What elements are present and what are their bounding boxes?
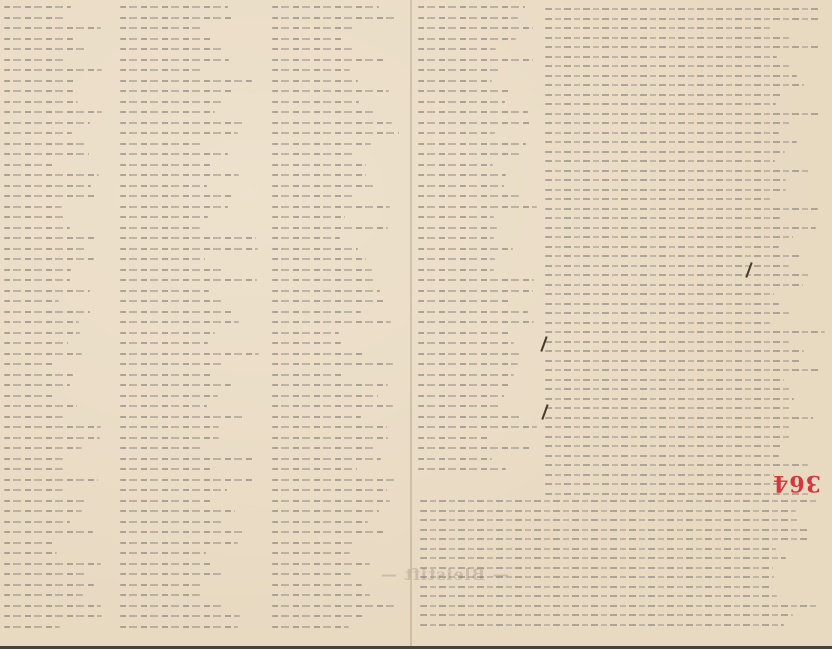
manuscript-sheet: — Bleistift — 364 <box>0 0 832 649</box>
handwriting-line <box>272 258 366 260</box>
handwriting-line <box>4 48 87 50</box>
handwriting-line <box>420 500 818 502</box>
handwriting-line <box>418 227 497 229</box>
right-page-main-text <box>545 8 825 502</box>
handwriting-line <box>418 237 494 239</box>
handwriting-line <box>4 27 101 29</box>
handwriting-line <box>545 464 808 466</box>
handwriting-line <box>4 38 73 40</box>
handwriting-line <box>272 479 395 481</box>
handwriting-line <box>272 80 358 82</box>
handwriting-line <box>420 586 772 588</box>
handwriting-line <box>120 342 208 344</box>
handwriting-line <box>120 479 253 481</box>
handwriting-line <box>545 141 797 143</box>
handwriting-line <box>418 447 532 449</box>
handwriting-line <box>545 94 782 96</box>
handwriting-line <box>4 395 55 397</box>
left-margin-column <box>4 6 104 636</box>
handwriting-line <box>120 531 245 533</box>
handwriting-line <box>272 300 385 302</box>
handwriting-line <box>272 311 361 313</box>
handwriting-line <box>4 59 67 61</box>
handwriting-line <box>120 143 202 145</box>
handwriting-line <box>120 573 225 575</box>
handwriting-line <box>272 38 344 40</box>
handwriting-line <box>272 6 379 8</box>
handwriting-line <box>272 573 351 575</box>
handwriting-line <box>272 216 345 218</box>
handwriting-line <box>272 206 390 208</box>
handwriting-line <box>545 341 789 343</box>
handwriting-line <box>120 374 212 376</box>
handwriting-line <box>4 206 62 208</box>
handwriting-line <box>418 321 534 323</box>
handwriting-line <box>4 248 85 250</box>
handwriting-line <box>545 8 819 10</box>
handwriting-line <box>120 195 232 197</box>
handwriting-line <box>545 18 821 20</box>
handwriting-line <box>545 293 774 295</box>
handwriting-line <box>4 521 70 523</box>
handwriting-line <box>120 111 215 113</box>
handwriting-line <box>545 255 800 257</box>
handwriting-line <box>272 195 354 197</box>
handwriting-line <box>120 605 223 607</box>
handwriting-line <box>120 6 228 8</box>
handwriting-line <box>4 405 77 407</box>
handwriting-line <box>4 132 72 134</box>
handwriting-line <box>545 312 791 314</box>
handwriting-line <box>120 59 229 61</box>
handwriting-line <box>545 208 818 210</box>
handwriting-line <box>545 46 820 48</box>
handwriting-line <box>120 80 252 82</box>
handwriting-line <box>120 300 223 302</box>
handwriting-line <box>4 563 101 565</box>
handwriting-line <box>272 437 388 439</box>
handwriting-line <box>420 557 786 559</box>
handwriting-line <box>120 458 255 460</box>
handwriting-line <box>120 164 212 166</box>
handwriting-line <box>4 69 102 71</box>
handwriting-line <box>272 143 371 145</box>
handwriting-line <box>4 216 66 218</box>
handwriting-line <box>120 101 223 103</box>
handwriting-line <box>420 605 818 607</box>
handwriting-line <box>545 493 809 495</box>
handwriting-line <box>420 548 776 550</box>
handwriting-line <box>4 458 63 460</box>
handwriting-line <box>545 417 813 419</box>
handwriting-line <box>272 374 342 376</box>
handwriting-line <box>4 594 83 596</box>
handwriting-line <box>418 216 494 218</box>
handwriting-line <box>4 174 99 176</box>
handwriting-line <box>272 59 386 61</box>
handwriting-line <box>120 489 227 491</box>
handwriting-line <box>4 101 78 103</box>
handwriting-line <box>272 542 355 544</box>
handwriting-line <box>120 437 219 439</box>
handwriting-line <box>4 311 90 313</box>
handwriting-line <box>120 48 225 50</box>
handwriting-line <box>418 111 528 113</box>
handwriting-line <box>120 269 225 271</box>
handwriting-line <box>545 455 779 457</box>
handwriting-line <box>418 122 532 124</box>
handwriting-line <box>272 405 393 407</box>
handwriting-line <box>418 353 520 355</box>
handwriting-line <box>4 363 55 365</box>
handwriting-line <box>4 479 98 481</box>
handwriting-line <box>272 605 394 607</box>
handwriting-line <box>120 27 204 29</box>
handwriting-line <box>545 103 776 105</box>
handwriting-line <box>420 614 793 616</box>
handwriting-line <box>418 164 493 166</box>
handwriting-line <box>545 322 771 324</box>
handwriting-line <box>4 531 93 533</box>
handwriting-line <box>120 258 205 260</box>
handwriting-line <box>4 542 55 544</box>
handwriting-line <box>4 80 76 82</box>
handwriting-line <box>418 153 523 155</box>
handwriting-line <box>120 584 203 586</box>
handwriting-line <box>545 113 821 115</box>
handwriting-line <box>418 269 494 271</box>
handwriting-line <box>545 246 779 248</box>
handwriting-line <box>120 353 259 355</box>
handwriting-line <box>418 374 514 376</box>
handwriting-line <box>120 468 212 470</box>
handwriting-line <box>272 269 372 271</box>
handwriting-line <box>120 626 238 628</box>
handwriting-line <box>545 388 791 390</box>
handwriting-line <box>120 227 200 229</box>
handwriting-line <box>272 626 349 628</box>
handwriting-line <box>418 27 533 29</box>
handwriting-line <box>4 279 70 281</box>
handwriting-line <box>4 437 100 439</box>
handwriting-line <box>418 206 537 208</box>
handwriting-line <box>120 90 234 92</box>
handwriting-line <box>120 290 209 292</box>
handwriting-line <box>120 426 219 428</box>
page-fold <box>410 0 412 649</box>
handwriting-line <box>545 360 802 362</box>
handwriting-line <box>120 132 238 134</box>
handwriting-line <box>4 269 71 271</box>
handwriting-line <box>120 542 238 544</box>
handwriting-line <box>418 290 533 292</box>
handwriting-line <box>418 69 502 71</box>
handwriting-line <box>545 284 803 286</box>
handwriting-line <box>272 353 363 355</box>
handwriting-line <box>272 563 370 565</box>
handwriting-line <box>4 353 82 355</box>
handwriting-line <box>4 185 91 187</box>
handwriting-line <box>120 248 258 250</box>
handwriting-line <box>4 195 97 197</box>
handwriting-line <box>120 447 202 449</box>
handwriting-line <box>418 332 510 334</box>
handwriting-line <box>420 538 808 540</box>
handwriting-line <box>4 416 63 418</box>
handwriting-line <box>4 321 79 323</box>
handwriting-line <box>418 248 513 250</box>
handwriting-line <box>418 174 506 176</box>
handwriting-line <box>120 279 257 281</box>
handwriting-line <box>4 342 68 344</box>
handwriting-line <box>4 605 101 607</box>
handwriting-line <box>4 384 70 386</box>
handwriting-line <box>418 437 490 439</box>
handwriting-line <box>120 237 256 239</box>
handwriting-line <box>272 468 357 470</box>
handwriting-line <box>120 332 215 334</box>
handwriting-line <box>272 17 396 19</box>
handwriting-line <box>4 426 101 428</box>
handwriting-line <box>545 474 774 476</box>
handwriting-line <box>545 227 816 229</box>
handwriting-line <box>545 65 790 67</box>
handwriting-line <box>120 153 228 155</box>
handwriting-line <box>120 405 207 407</box>
handwriting-line <box>4 332 80 334</box>
handwriting-line <box>4 447 82 449</box>
handwriting-line <box>272 584 362 586</box>
handwriting-line <box>545 189 786 191</box>
handwriting-line <box>272 552 350 554</box>
handwriting-line <box>272 174 366 176</box>
handwriting-line <box>545 198 771 200</box>
handwriting-line <box>418 258 495 260</box>
handwriting-line <box>545 426 791 428</box>
handwriting-line <box>545 331 825 333</box>
handwriting-line <box>272 447 376 449</box>
handwriting-line <box>120 216 208 218</box>
left-page-column-2 <box>120 6 260 636</box>
handwriting-line <box>545 379 784 381</box>
handwriting-line <box>272 426 387 428</box>
handwriting-line <box>272 384 388 386</box>
handwriting-line <box>120 500 212 502</box>
handwriting-line <box>4 468 63 470</box>
handwriting-line <box>418 279 534 281</box>
handwriting-line <box>272 416 361 418</box>
handwriting-line <box>545 84 804 86</box>
handwriting-line <box>418 185 504 187</box>
handwriting-line <box>418 458 492 460</box>
handwriting-line <box>4 122 90 124</box>
handwriting-line <box>272 510 379 512</box>
handwriting-line <box>4 510 82 512</box>
handwriting-line <box>272 500 390 502</box>
handwriting-line <box>418 38 516 40</box>
handwriting-line <box>418 395 504 397</box>
handwriting-line <box>120 615 240 617</box>
handwriting-line <box>418 416 522 418</box>
handwriting-line <box>272 90 389 92</box>
handwriting-line <box>272 458 381 460</box>
left-page-column-3 <box>272 6 402 636</box>
handwriting-line <box>545 350 804 352</box>
handwriting-line <box>272 321 391 323</box>
handwriting-line <box>272 279 376 281</box>
handwriting-line <box>545 398 794 400</box>
handwriting-line <box>272 594 370 596</box>
handwriting-line <box>272 153 356 155</box>
handwriting-line <box>272 248 358 250</box>
handwriting-line <box>4 584 94 586</box>
handwriting-line <box>418 363 518 365</box>
handwriting-line <box>272 521 368 523</box>
handwriting-line <box>4 552 57 554</box>
handwriting-line <box>120 563 211 565</box>
handwriting-line <box>272 531 385 533</box>
handwriting-line <box>545 132 779 134</box>
handwriting-line <box>418 17 518 19</box>
handwriting-line <box>120 38 212 40</box>
handwriting-line <box>420 510 796 512</box>
handwriting-line <box>545 179 786 181</box>
handwriting-line <box>120 395 218 397</box>
handwriting-line <box>4 17 65 19</box>
handwriting-line <box>545 303 779 305</box>
handwriting-line <box>4 374 73 376</box>
handwriting-line <box>418 405 500 407</box>
handwriting-line <box>418 311 528 313</box>
handwriting-line <box>4 573 88 575</box>
handwriting-line <box>545 122 791 124</box>
handwriting-line <box>272 290 380 292</box>
handwriting-line <box>420 624 784 626</box>
handwriting-line <box>4 90 73 92</box>
handwriting-line <box>4 111 102 113</box>
handwriting-line <box>272 69 350 71</box>
handwriting-line <box>545 369 820 371</box>
handwriting-line <box>4 6 71 8</box>
handwriting-line <box>4 500 87 502</box>
handwriting-line <box>120 416 246 418</box>
handwriting-line <box>545 56 777 58</box>
handwriting-line <box>418 48 496 50</box>
handwriting-line <box>4 227 70 229</box>
handwriting-line <box>418 90 510 92</box>
handwriting-line <box>120 69 202 71</box>
handwriting-line <box>420 595 777 597</box>
handwriting-line <box>4 300 59 302</box>
handwriting-line <box>120 321 239 323</box>
handwriting-line <box>545 436 791 438</box>
handwriting-line <box>4 258 94 260</box>
handwriting-line <box>120 510 235 512</box>
handwriting-line <box>418 59 533 61</box>
handwriting-line <box>418 143 526 145</box>
handwriting-line <box>120 206 228 208</box>
handwriting-line <box>272 111 377 113</box>
handwriting-line <box>272 132 399 134</box>
right-page-column-1 <box>418 6 538 479</box>
handwriting-line <box>545 27 773 29</box>
handwriting-line <box>545 217 780 219</box>
handwriting-line <box>418 342 514 344</box>
handwriting-line <box>272 332 339 334</box>
handwriting-line <box>272 615 364 617</box>
handwriting-line <box>545 236 793 238</box>
handwriting-line <box>120 122 246 124</box>
handwriting-line <box>545 75 797 77</box>
handwriting-line <box>4 615 102 617</box>
handwriting-line <box>545 170 809 172</box>
handwriting-line <box>545 37 791 39</box>
handwriting-line <box>120 384 231 386</box>
handwriting-line <box>4 164 55 166</box>
handwriting-line <box>545 274 809 276</box>
handwriting-line <box>420 519 800 521</box>
handwriting-line <box>4 237 96 239</box>
handwriting-line <box>418 300 509 302</box>
handwriting-line <box>4 143 86 145</box>
handwriting-line <box>120 363 225 365</box>
handwriting-line <box>272 363 393 365</box>
handwriting-line <box>418 468 506 470</box>
handwriting-line <box>272 227 388 229</box>
handwriting-line <box>4 489 63 491</box>
handwriting-line <box>120 174 239 176</box>
handwriting-line <box>420 529 809 531</box>
handwriting-line <box>418 132 495 134</box>
handwriting-line <box>272 489 387 491</box>
handwriting-line <box>418 6 525 8</box>
handwriting-line <box>418 384 509 386</box>
handwriting-line <box>545 483 781 485</box>
handwriting-line <box>120 552 206 554</box>
handwriting-line <box>418 426 537 428</box>
handwriting-line <box>272 101 359 103</box>
handwriting-line <box>272 237 340 239</box>
handwriting-line <box>120 185 207 187</box>
letterhead-bleed-through: — Bleistift — <box>380 565 509 584</box>
handwriting-line <box>4 153 89 155</box>
page-number: 364 <box>772 470 821 496</box>
handwriting-line <box>120 17 232 19</box>
handwriting-line <box>272 395 378 397</box>
handwriting-line <box>120 521 222 523</box>
handwriting-line <box>120 594 200 596</box>
handwriting-line <box>418 80 492 82</box>
handwriting-line <box>272 342 341 344</box>
handwriting-line <box>272 27 356 29</box>
handwriting-line <box>4 290 90 292</box>
handwriting-line <box>272 164 366 166</box>
handwriting-line <box>418 101 505 103</box>
handwriting-line <box>272 185 375 187</box>
handwriting-line <box>545 151 785 153</box>
handwriting-line <box>545 445 781 447</box>
handwriting-line <box>120 311 232 313</box>
handwriting-line <box>418 195 519 197</box>
handwriting-line <box>545 407 791 409</box>
handwriting-line <box>545 160 775 162</box>
handwriting-line <box>272 48 352 50</box>
handwriting-line <box>545 265 789 267</box>
handwriting-line <box>272 122 392 124</box>
handwriting-line <box>4 626 60 628</box>
